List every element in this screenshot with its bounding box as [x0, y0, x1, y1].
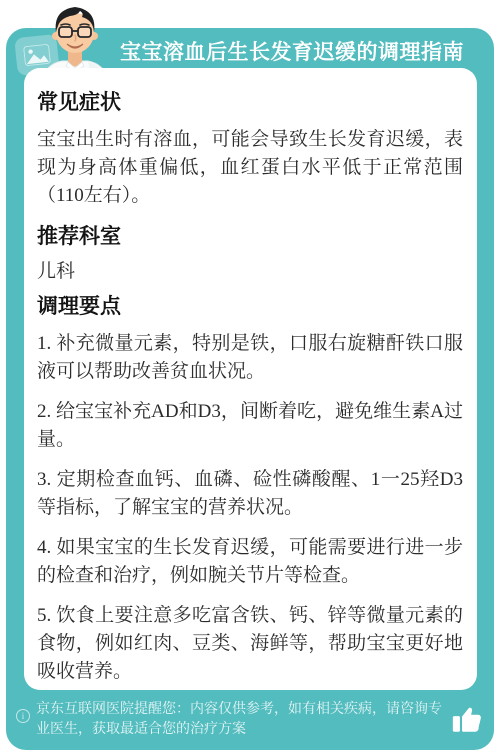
- page-title: 宝宝溶血后生长发育迟缓的调理指南: [100, 36, 484, 66]
- department-value: 儿科: [37, 258, 463, 286]
- guide-header: 宝宝溶血后生长发育迟缓的调理指南: [0, 0, 500, 68]
- section-heading-department: 推荐科室: [37, 224, 463, 250]
- care-point-3: 3. 定期检查血钙、血磷、硷性磷酸醒、1一25羟D3等指标，了解宝宝的营养状况。: [37, 466, 463, 522]
- care-point-5: 5. 饮食上要注意多吃富含铁、钙、锌等微量元素的食物，例如红肉、豆类、海鲜等，帮…: [37, 602, 463, 686]
- thumbs-up-icon[interactable]: [450, 702, 484, 736]
- section-heading-symptoms: 常见症状: [37, 90, 463, 116]
- content-card: 常见症状 宝宝出生时有溶血，可能会导致生长发育迟缓，表现为身高体重偏低，血红蛋白…: [24, 68, 477, 690]
- care-point-2: 2. 给宝宝补充AD和D3，间断着吃，避免维生素A过量。: [37, 398, 463, 454]
- symptoms-paragraph: 宝宝出生时有溶血，可能会导致生长发育迟缓，表现为身高体重偏低，血红蛋白水平低于正…: [37, 126, 463, 210]
- disclaimer-footer: i 京东互联网医院提醒您：内容仅供参考，如有相关疾病，请咨询专业医生，获取最适合…: [14, 698, 486, 738]
- care-point-4: 4. 如果宝宝的生长发育迟缓，可能需要进行进一步的检查和治疗，例如腕关节片等检查…: [37, 534, 463, 590]
- info-icon: i: [16, 709, 30, 723]
- disclaimer-text: 京东互联网医院提醒您：内容仅供参考，如有相关疾病，请咨询专业医生，获取最适合您的…: [36, 698, 448, 738]
- section-heading-care-points: 调理要点: [37, 294, 463, 320]
- care-point-1: 1. 补充微量元素，特别是铁，口服右旋糖酐铁口服液可以帮助改善贫血状况。: [37, 330, 463, 386]
